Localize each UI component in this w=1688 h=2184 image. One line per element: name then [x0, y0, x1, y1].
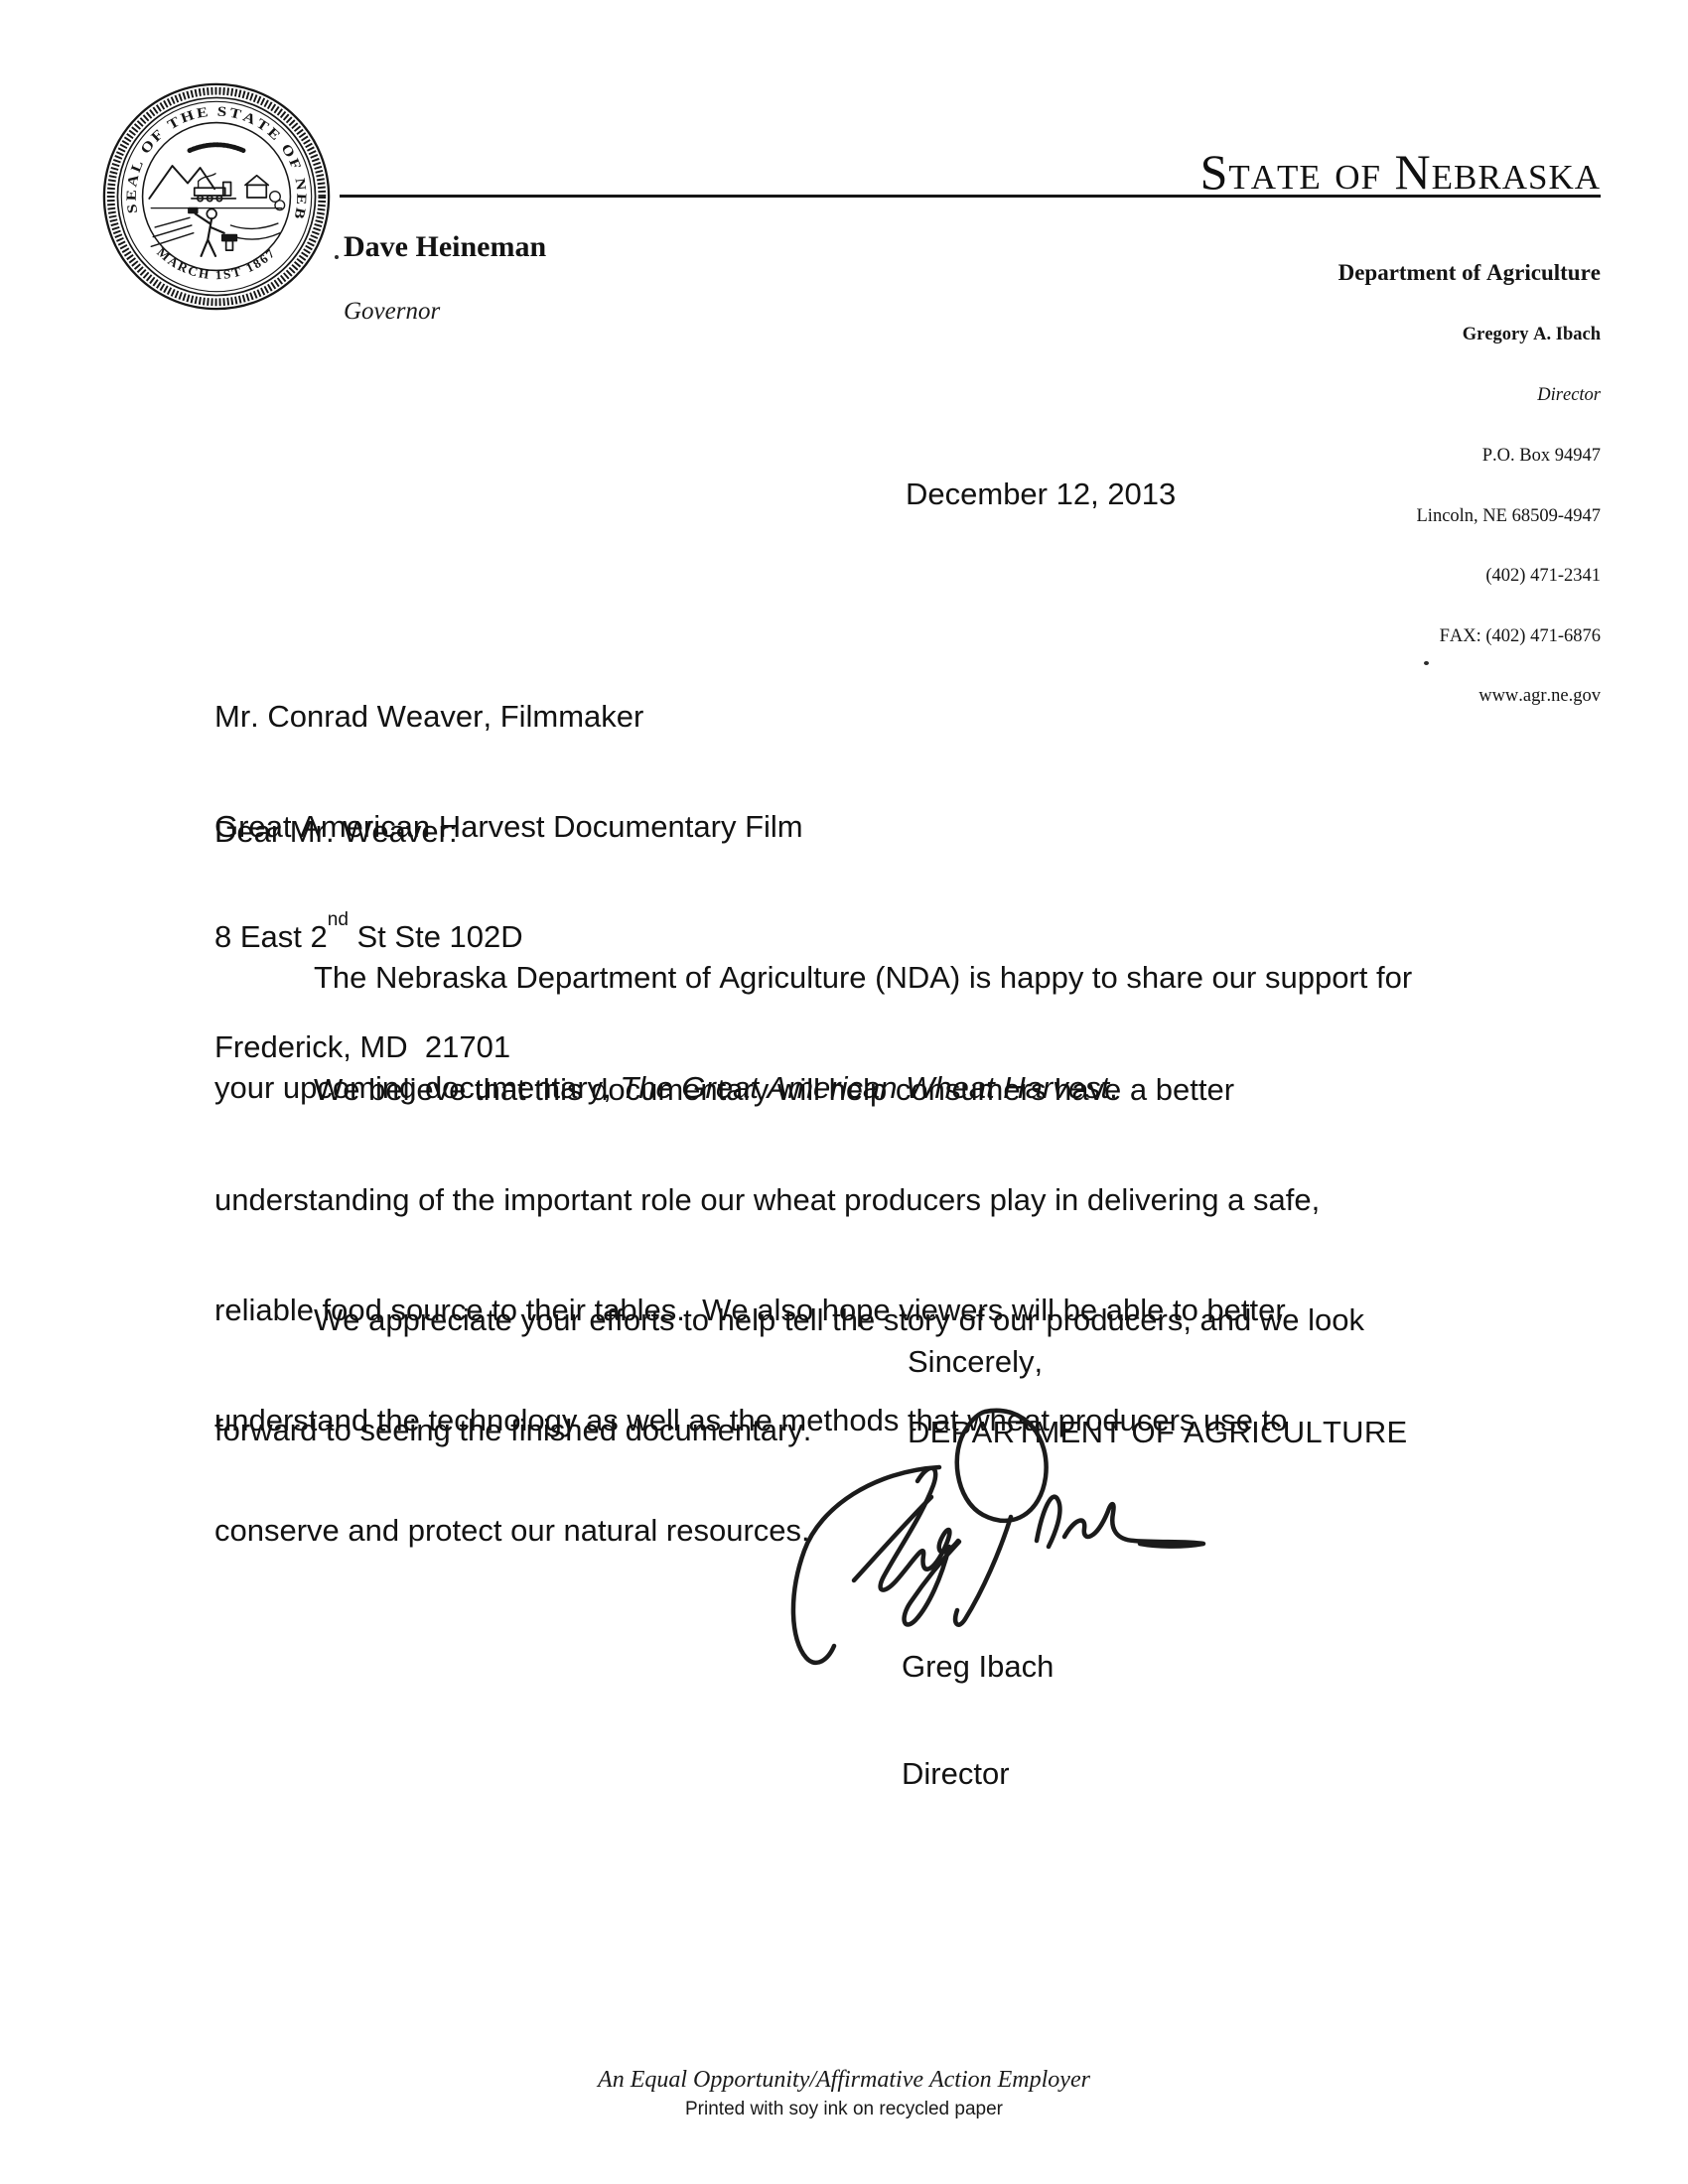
- seal-scene-cabin-roof: [245, 176, 268, 186]
- signature-stroke-bach-tail: [1037, 1497, 1203, 1547]
- signature-stroke-greg: [881, 1468, 958, 1590]
- scanned-letter-page: GREAT SEAL OF THE STATE OF NEBRASKA MARC…: [0, 0, 1688, 2184]
- paragraph-2-line-1: We believe that this documentary will he…: [214, 1071, 1545, 1108]
- footer-soy-ink-statement: Printed with soy ink on recycled paper: [0, 2098, 1688, 2121]
- signature-stroke-oval-loop: [957, 1411, 1047, 1521]
- seal-scene-cabin: [247, 185, 266, 198]
- scan-artifact-dot: [1424, 661, 1429, 665]
- signer-block: Greg Ibach Director: [902, 1577, 1054, 1863]
- director-title: Director: [1092, 383, 1601, 408]
- contact-phone: (402) 471-2341: [1092, 564, 1601, 589]
- governor-title: Governor: [344, 298, 546, 325]
- director-name: Gregory A. Ibach: [1092, 323, 1601, 347]
- department-name: Department of Agriculture: [1092, 258, 1601, 287]
- paragraph-3-line-1: We appreciate your efforts to help tell …: [214, 1301, 1545, 1338]
- contact-website: www.agr.ne.gov: [1092, 684, 1601, 709]
- seal-date-text: MARCH 1ST 1867: [154, 245, 279, 282]
- signer-title: Director: [902, 1756, 1054, 1792]
- seal-scene-smith-head: [207, 209, 216, 219]
- seal-scene-river: [231, 223, 278, 228]
- seal-scene-anvil-base: [226, 240, 233, 250]
- footer-eeo-statement: An Equal Opportunity/Affirmative Action …: [0, 2066, 1688, 2094]
- signer-name: Greg Ibach: [902, 1649, 1054, 1685]
- nebraska-great-seal-icon: GREAT SEAL OF THE STATE OF NEBRASKA MARC…: [101, 81, 332, 312]
- salutation: Dear Mr. Weaver:: [214, 813, 458, 850]
- seal-scene-train-body: [195, 188, 225, 196]
- letter-date: December 12, 2013: [906, 476, 1176, 512]
- contact-po-box: P.O. Box 94947: [1092, 444, 1601, 469]
- seal-scene-hammer: [189, 208, 198, 213]
- scan-artifact-dot: [335, 255, 339, 259]
- contact-fax: FAX: (402) 471-6876: [1092, 624, 1601, 649]
- seal-scene-smith-body: [196, 213, 224, 256]
- governor-block: Dave Heineman Governor: [344, 197, 546, 360]
- seal-scene: [149, 145, 284, 256]
- seal-scene-anvil: [222, 235, 237, 241]
- paragraph-1-line-1: The Nebraska Department of Agriculture (…: [214, 959, 1545, 996]
- recipient-name: Mr. Conrad Weaver, Filmmaker: [214, 698, 803, 735]
- state-title: State of Nebraska: [894, 145, 1601, 199]
- closing-sincerely: Sincerely,: [908, 1343, 1043, 1380]
- paragraph-2-line-2: understanding of the important role our …: [214, 1181, 1545, 1218]
- seal-scene-banner: [190, 145, 243, 151]
- governor-name: Dave Heineman: [344, 232, 546, 262]
- seal-scene-mountains: [149, 166, 214, 199]
